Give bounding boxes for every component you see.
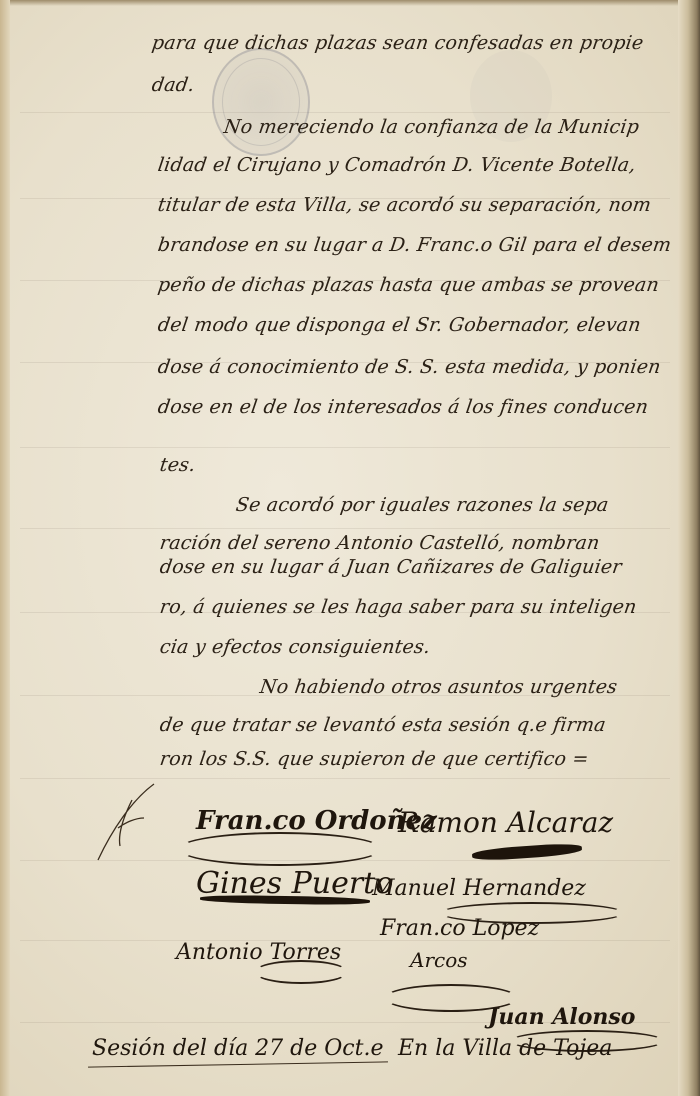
signature: Juan Alonso — [488, 1004, 635, 1030]
page-top-edge — [0, 0, 700, 6]
ink-flourish — [472, 842, 583, 862]
body-line: de que tratar se levantó esta sesión q.e… — [158, 714, 607, 736]
footer-underline — [88, 1061, 388, 1067]
bleed-through-line — [20, 940, 670, 941]
body-line: No mereciendo la confianza de la Municip — [222, 116, 640, 138]
body-line: cia y efectos consiguientes. — [158, 636, 431, 658]
bleed-through-line — [20, 528, 670, 529]
body-line: Se acordó por iguales razones la sepa — [234, 494, 610, 516]
place-label: En la Villa de Tojea — [398, 1036, 612, 1061]
body-line: dose en el de los interesados á los fine… — [156, 396, 649, 418]
body-line: dose en su lugar á Juan Cañizares de Gal… — [158, 556, 623, 578]
body-line: para que dichas plazas sean confesadas e… — [150, 32, 644, 54]
body-line: dad. — [150, 74, 196, 96]
body-line: dose á conocimiento de S. S. esta medida… — [156, 356, 662, 378]
body-line: peño de dichas plazas hasta que ambas se… — [156, 274, 660, 296]
seal-icon — [212, 48, 310, 156]
body-line: ración del sereno Antonio Castelló, nomb… — [158, 532, 601, 554]
bleed-through-line — [20, 112, 670, 113]
bleed-through-line — [20, 778, 670, 779]
body-line: lidad el Cirujano y Comadrón D. Vicente … — [156, 154, 637, 176]
signature-flourish — [254, 960, 348, 984]
signature: Ramon Alcaraz — [398, 806, 613, 839]
page-left-edge — [0, 0, 10, 1096]
body-line: brandose en su lugar a D. Franc.o Gil pa… — [156, 234, 672, 256]
signature-flourish — [178, 832, 382, 866]
body-line: ron los S.S. que supieron de que certifi… — [158, 748, 590, 770]
body-line: ro, á quienes se les haga saber para su … — [158, 596, 638, 618]
signature: Arcos — [410, 948, 468, 972]
document-page: para que dichas plazas sean confesadas e… — [0, 0, 700, 1096]
body-line: titular de esta Villa, se acordó su sepa… — [156, 194, 652, 216]
signature: Fran.co Lopez — [380, 916, 539, 941]
body-line: del modo que disponga el Sr. Gobernador,… — [156, 314, 642, 336]
body-line: No habiendo otros asuntos urgentes — [258, 676, 618, 698]
signature: Manuel Hernandez — [372, 876, 586, 901]
session-date-label: Sesión del día 27 de Oct.e — [92, 1036, 383, 1061]
margin-rubric-icon — [92, 780, 162, 870]
bleed-through-line — [20, 447, 670, 448]
body-line: tes. — [158, 454, 197, 476]
book-binding-shadow — [678, 0, 700, 1096]
